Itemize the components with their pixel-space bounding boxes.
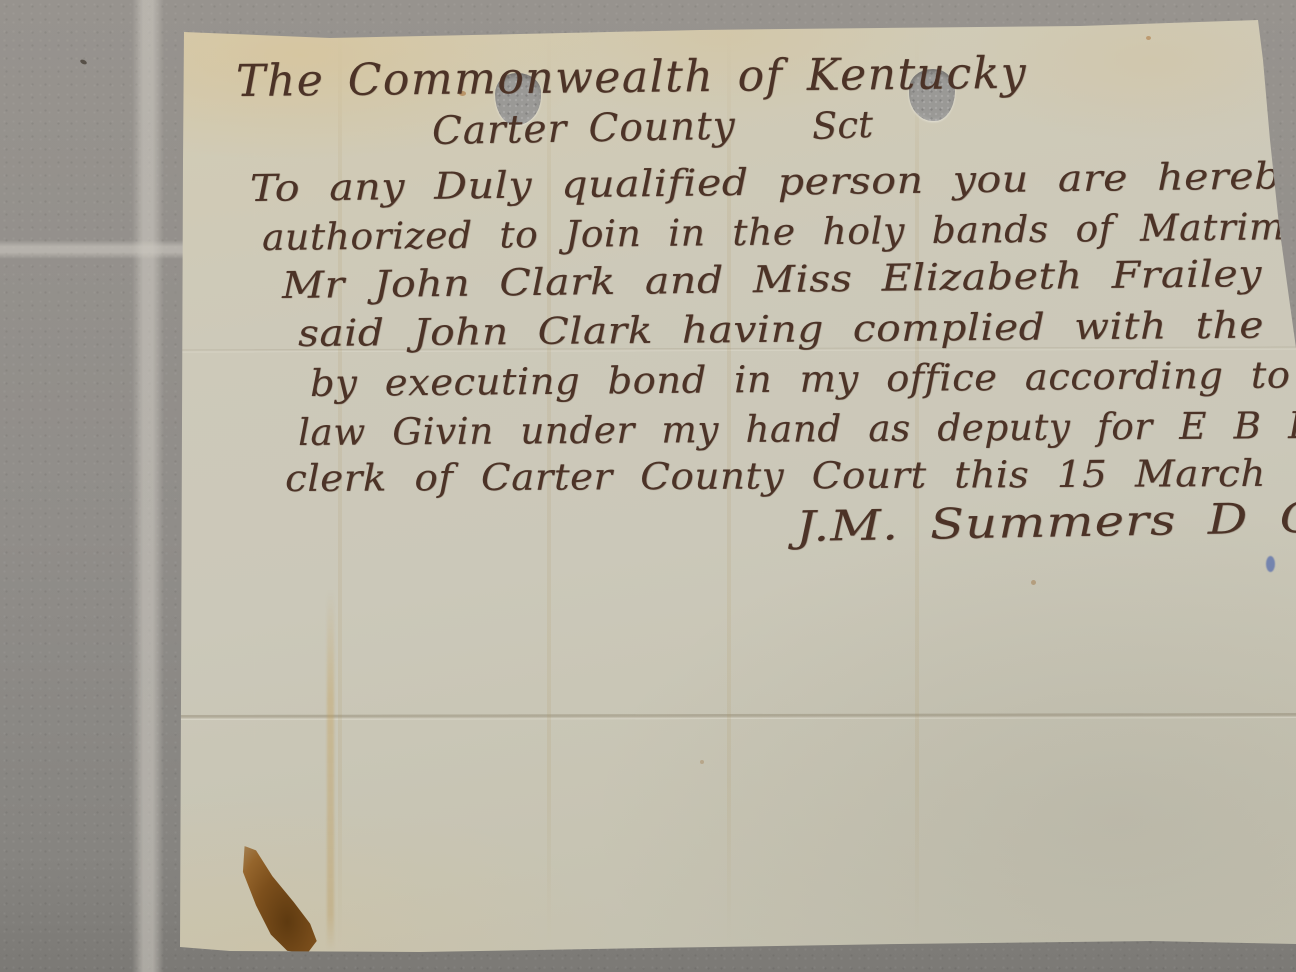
- tile-grout-vertical: [132, 0, 164, 972]
- photo-background: The Commonwealth of Kentucky Carter Coun…: [0, 0, 1296, 972]
- paper-freckle: [700, 760, 704, 764]
- body-line-3: Mr John Clark and Miss Elizabeth Frailey…: [282, 254, 1296, 304]
- body-line-2: authorized to Join in the holy bands of …: [262, 208, 1296, 256]
- horizontal-fold-crease-lower: [178, 713, 1296, 720]
- paper-freckle: [1031, 580, 1036, 585]
- document-title-line: The Commonwealth of Kentucky: [236, 52, 1028, 104]
- body-line-5: by executing bond in my office according…: [310, 356, 1291, 402]
- body-line-4: said John Clark having complied with the…: [298, 306, 1296, 352]
- blue-ink-mark: [1266, 556, 1275, 572]
- body-line-1: To any Duly qualified person you are her…: [250, 157, 1296, 207]
- tile-grout-horizontal: [0, 240, 200, 259]
- body-line-6: law Givin under my hand as deputy for E …: [298, 406, 1296, 451]
- sct-abbreviation: Sct: [811, 106, 873, 145]
- paper-freckle: [1146, 36, 1151, 40]
- signature-line: J.M. Summers D C: [796, 497, 1296, 548]
- county-line: Carter County: [432, 107, 736, 151]
- surface-speck: [79, 59, 87, 66]
- vertical-stain-line: [327, 590, 334, 950]
- document-paper: The Commonwealth of Kentucky Carter Coun…: [0, 0, 1296, 972]
- ink-stain: [238, 846, 320, 954]
- body-line-7: clerk of Carter County Court this 15 Mar…: [285, 454, 1296, 497]
